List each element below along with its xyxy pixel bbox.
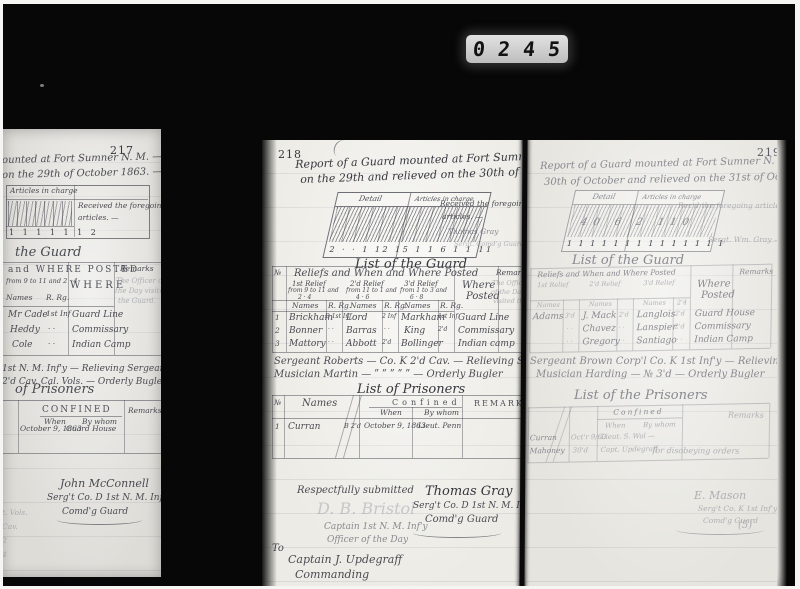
table-line: [462, 395, 463, 458]
table-line: [2, 355, 161, 356]
remarks-header: Remarks: [120, 265, 154, 274]
frame-border: [795, 0, 800, 589]
frame-border: [0, 0, 800, 4]
guard-name: Mr Cade: [8, 310, 48, 320]
addressee-line: Commanding: [295, 569, 369, 582]
relief-schedule: from 9 to 11 and: [288, 288, 339, 295]
signature-title: Serg't Co. K 1st Inf'y: [698, 505, 777, 514]
remarks-header: Remarks: [128, 407, 161, 416]
table-line: [2, 453, 161, 454]
table-line: [18, 400, 19, 453]
guard-name: Cole: [12, 340, 33, 350]
confined-header: Confined: [392, 398, 461, 407]
bugler-line: Musician Martin — ʺ ʺ ʺ ʺ ʺ — Orderly Bu…: [274, 369, 503, 381]
guard-list-heading: the Guard: [15, 246, 81, 261]
table-line: [527, 458, 768, 464]
prisoner-where: Guard House: [66, 425, 116, 434]
microfilm-frame: 0245 217 ounted at Fort Sumner N. M. — o…: [0, 0, 800, 589]
table-line: [412, 407, 413, 458]
binding-shadow: [262, 140, 277, 586]
confined-header: Confined: [613, 408, 663, 418]
prisoner-bywhom: Capt. Updegraff: [601, 445, 658, 454]
rank-col-header: R. Rg.: [46, 294, 69, 303]
table-line: [2, 400, 161, 401]
table-line: [286, 266, 287, 352]
guard-name: Barras: [346, 326, 377, 336]
signature-title: Captain 1st N. M. Inf'y: [324, 522, 428, 532]
signature-flourish: [57, 515, 142, 525]
articles-tally-columns: [8, 201, 72, 226]
table-line: [398, 300, 399, 352]
corner-mark: (5): [738, 520, 752, 532]
table-line: [272, 266, 521, 267]
table-line: [272, 458, 521, 459]
margin-fragment: t. Vols.: [2, 509, 28, 518]
received-signature: Thomas Gray: [448, 228, 498, 237]
relief-schedule: from 1 to 3 and: [400, 288, 447, 295]
signature-name: D. B. Bristol: [317, 500, 415, 518]
signature-title: Serg't Co. D 1st N. M. Inf'y: [47, 493, 161, 503]
table-line: [272, 311, 454, 312]
signature-name: John McConnell: [60, 478, 149, 491]
prisoner-when: October 9, 1863: [364, 422, 426, 431]
guard-post: Indian Camp: [72, 340, 131, 350]
guard-unit: 2 Inf: [382, 314, 396, 321]
page-218: 218 Report of a Guard mounted at Fort Su…: [262, 140, 521, 586]
prisoners-heading: of Prisoners: [15, 383, 94, 398]
names-col-header: Names: [404, 302, 430, 311]
photo-background: 0245 217 ounted at Fort Sumner N. M. — o…: [0, 0, 800, 589]
guard-unit: · ·: [48, 340, 55, 349]
margin-fragment: Cav.: [2, 523, 18, 532]
guard-name: Abbott: [346, 339, 377, 349]
table-line: [6, 199, 148, 200]
bywhom-header: By whom: [643, 421, 676, 430]
table-line: [454, 266, 455, 352]
confined-header: CONFINED: [42, 405, 112, 415]
table-line: [272, 395, 521, 396]
page-219: 219 Report of a Guard mounted at Fort Su…: [526, 140, 777, 586]
received-note: articles. —: [78, 214, 119, 223]
relieving-line: 1st N. M. Inf'y — Relieving Sergeant: [2, 364, 161, 374]
table-line: [272, 352, 521, 353]
received-note: articles. —: [442, 213, 483, 222]
ledger-spread: 218 Report of a Guard mounted at Fort Su…: [262, 140, 795, 586]
table-line: [272, 418, 521, 419]
signature-title: Officer of the Day: [327, 535, 408, 545]
guard-name: Mattory: [289, 339, 326, 349]
table-line: [2, 262, 161, 263]
frame-counter: 0245: [466, 35, 568, 63]
rank-col-header: R. Rg.: [328, 302, 351, 311]
guard-unit: 2'd: [438, 327, 447, 334]
guard-unit: · ·: [384, 327, 390, 334]
officer-note: the Guard.: [118, 297, 156, 305]
prisoner-bywhom: Lieut. Penn: [418, 422, 461, 431]
page-217: 217 ounted at Fort Sumner N. M. — on the…: [2, 129, 161, 577]
relief-schedule: from 11 to 1 and: [346, 288, 397, 295]
guard-post: Indian camp: [458, 339, 515, 349]
table-line: [342, 300, 343, 352]
signature-name: E. Mason: [694, 490, 746, 503]
guard-post: Commissary: [458, 326, 514, 336]
remarks-header: Remarks: [496, 269, 521, 278]
received-signature-title: Sergt. Comd'g Guard: [454, 241, 521, 248]
detail-header: Detail: [358, 195, 383, 204]
remarks-header: REMARKS: [474, 399, 521, 408]
guard-unit: · ·: [48, 325, 55, 334]
when-header: When: [380, 409, 402, 418]
prisoner-name: Mahoney: [530, 447, 565, 456]
table-line: [768, 403, 770, 458]
bywhom-header: By whom: [424, 409, 459, 418]
relief-schedule: from 9 to 11 and 2 · 4: [6, 278, 78, 285]
signature-title: Comd'g Guard: [425, 514, 498, 526]
prisoner-name: Curran: [530, 434, 557, 443]
rank-col-header: R. Rg.: [440, 302, 463, 311]
guard-name: Bonner: [289, 326, 322, 336]
prisoner-remark: for disobeying orders: [652, 446, 739, 456]
names-col-header: Names: [350, 302, 376, 311]
officer-note: the Day visited: [115, 287, 161, 295]
officer-note: of the Day: [491, 289, 521, 296]
report-title-line: on the 29th of October 1863. —: [2, 166, 161, 181]
frame-border: [0, 0, 3, 589]
guard-name: Bollinger: [401, 339, 443, 349]
prisoner-when: 30'd: [573, 446, 588, 454]
officer-note: The Officer: [492, 280, 521, 287]
table-line: [124, 400, 125, 453]
table-line: [326, 300, 327, 352]
when-header: When: [605, 422, 625, 430]
report-title-line: ounted at Fort Sumner N. M. —: [2, 151, 161, 166]
guard-post: Guard Line: [72, 310, 123, 320]
names-col-header: Names: [302, 398, 337, 410]
reliefs-header: Reliefs and When and Where Posted: [294, 268, 478, 280]
guard-unit: · ·: [328, 340, 334, 347]
guard-name: King: [404, 326, 425, 336]
received-note: Received the foregoing: [78, 202, 161, 211]
table-line: [284, 395, 285, 458]
guard-name: Heddy: [10, 325, 40, 335]
signature-title: Serg't Co. D 1st N. M. Inf'y: [413, 501, 521, 511]
signature-flourish: [413, 528, 501, 538]
articles-header: Articles in charge: [10, 187, 78, 196]
guard-name: Lord: [346, 313, 367, 323]
officer-note: The Officer of: [116, 277, 161, 285]
submitted-line: Respectfully submitted: [297, 485, 414, 497]
guard-post: Commissary: [72, 325, 128, 335]
film-edge-band: [777, 140, 795, 586]
addressee-line: Captain J. Updegraff: [288, 554, 402, 567]
prisoner-name: Curran: [288, 422, 320, 432]
names-col-header: Names: [6, 294, 32, 303]
guard-unit: 1st Inf: [438, 314, 458, 321]
received-note: Received the foregoing: [440, 200, 521, 209]
table-line: [2, 306, 114, 307]
frame-counter-digits: 0245: [459, 37, 575, 61]
prisoner-bywhom: Lieut. S. Wol —: [601, 432, 655, 441]
guard-unit: · ·: [438, 340, 444, 347]
table-line: [6, 226, 74, 227]
signature-name: Thomas Gray: [425, 485, 512, 500]
articles-count-row: 1 1 1 1 1 1 2: [9, 228, 99, 237]
names-col-header: Names: [292, 302, 318, 311]
guard-unit: 2'd: [382, 340, 391, 347]
guard-unit: 1st Inf: [46, 310, 71, 319]
prisoner-unit: B 2'd: [344, 423, 361, 430]
remarks-header: Remarks: [728, 411, 764, 420]
guard-unit: · ·: [328, 327, 334, 334]
dust-speck: [40, 84, 44, 87]
relieving-line: Sergeant Roberts — Co. K 2'd Cav. — Reli…: [274, 356, 521, 368]
guard-post: Guard Line: [458, 313, 509, 323]
